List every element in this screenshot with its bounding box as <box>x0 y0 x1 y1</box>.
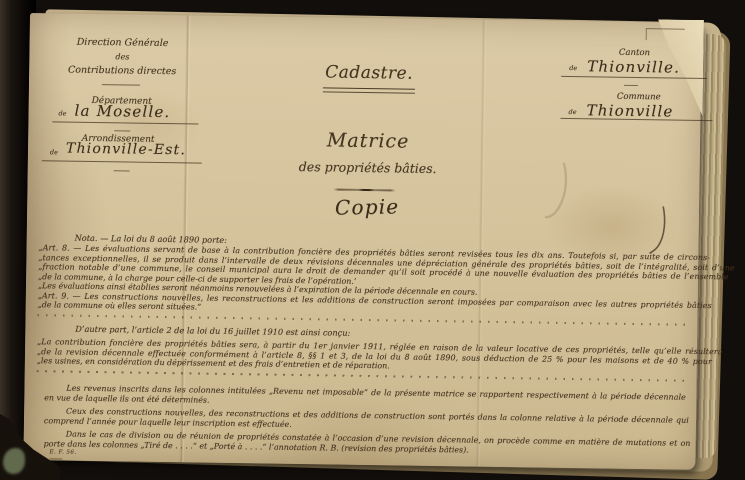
law1910-intro: D’autre part, l’article 2 de la loi du 1… <box>75 325 350 338</box>
paper-crease <box>475 20 487 467</box>
title-ornament-divider <box>333 189 395 192</box>
cadastre-title: Cadastre. <box>259 62 479 84</box>
form-reference-dash <box>49 458 62 459</box>
departement-dash <box>114 130 130 131</box>
copy-annotation: Copie <box>257 193 477 221</box>
scanned-document: Direction Générale des Contributions dir… <box>0 0 745 480</box>
arrondissement-prefix: de <box>50 149 58 156</box>
arrondissement-fieldline <box>42 160 202 163</box>
green-stain <box>3 448 25 474</box>
canton-dash <box>624 85 638 86</box>
underpage-frame-corner <box>646 28 685 41</box>
note2-line2: comprend l’année pour laquelle leur insc… <box>44 417 292 430</box>
document-page: Direction Générale des Contributions dir… <box>23 13 702 470</box>
ink-stroke <box>648 204 667 256</box>
departement-prefix: de <box>58 110 66 117</box>
issuer-line-3: Contributions directes <box>47 65 197 78</box>
form-reference: E. F. 56. <box>49 449 76 456</box>
cadastre-underline <box>323 87 415 93</box>
canton-prefix: de <box>569 65 577 72</box>
issuer-line-1: Direction Générale <box>47 37 197 50</box>
canton-value: Thionville. <box>587 57 680 76</box>
commune-prefix: de <box>569 109 577 116</box>
departement-value: la Moselle. <box>74 102 170 121</box>
arrondissement-dash <box>114 170 130 171</box>
issuer-line-2: des <box>47 52 197 63</box>
dotted-separator <box>37 370 687 381</box>
matrice-title: Matrice <box>258 129 478 154</box>
issuer-divider <box>102 84 140 86</box>
art9-line: „de la commune où elles seront situées.“ <box>38 301 202 312</box>
departement-fieldline <box>52 121 198 124</box>
ghost-ink-stroke <box>543 161 570 221</box>
arrondissement-value: Thionville-Est. <box>66 141 186 159</box>
matrice-subtitle: des propriétés bâties. <box>258 159 478 176</box>
commune-fieldline <box>560 118 712 121</box>
note1-line2: en vue de laquelle ils ont été déterminé… <box>44 394 209 405</box>
